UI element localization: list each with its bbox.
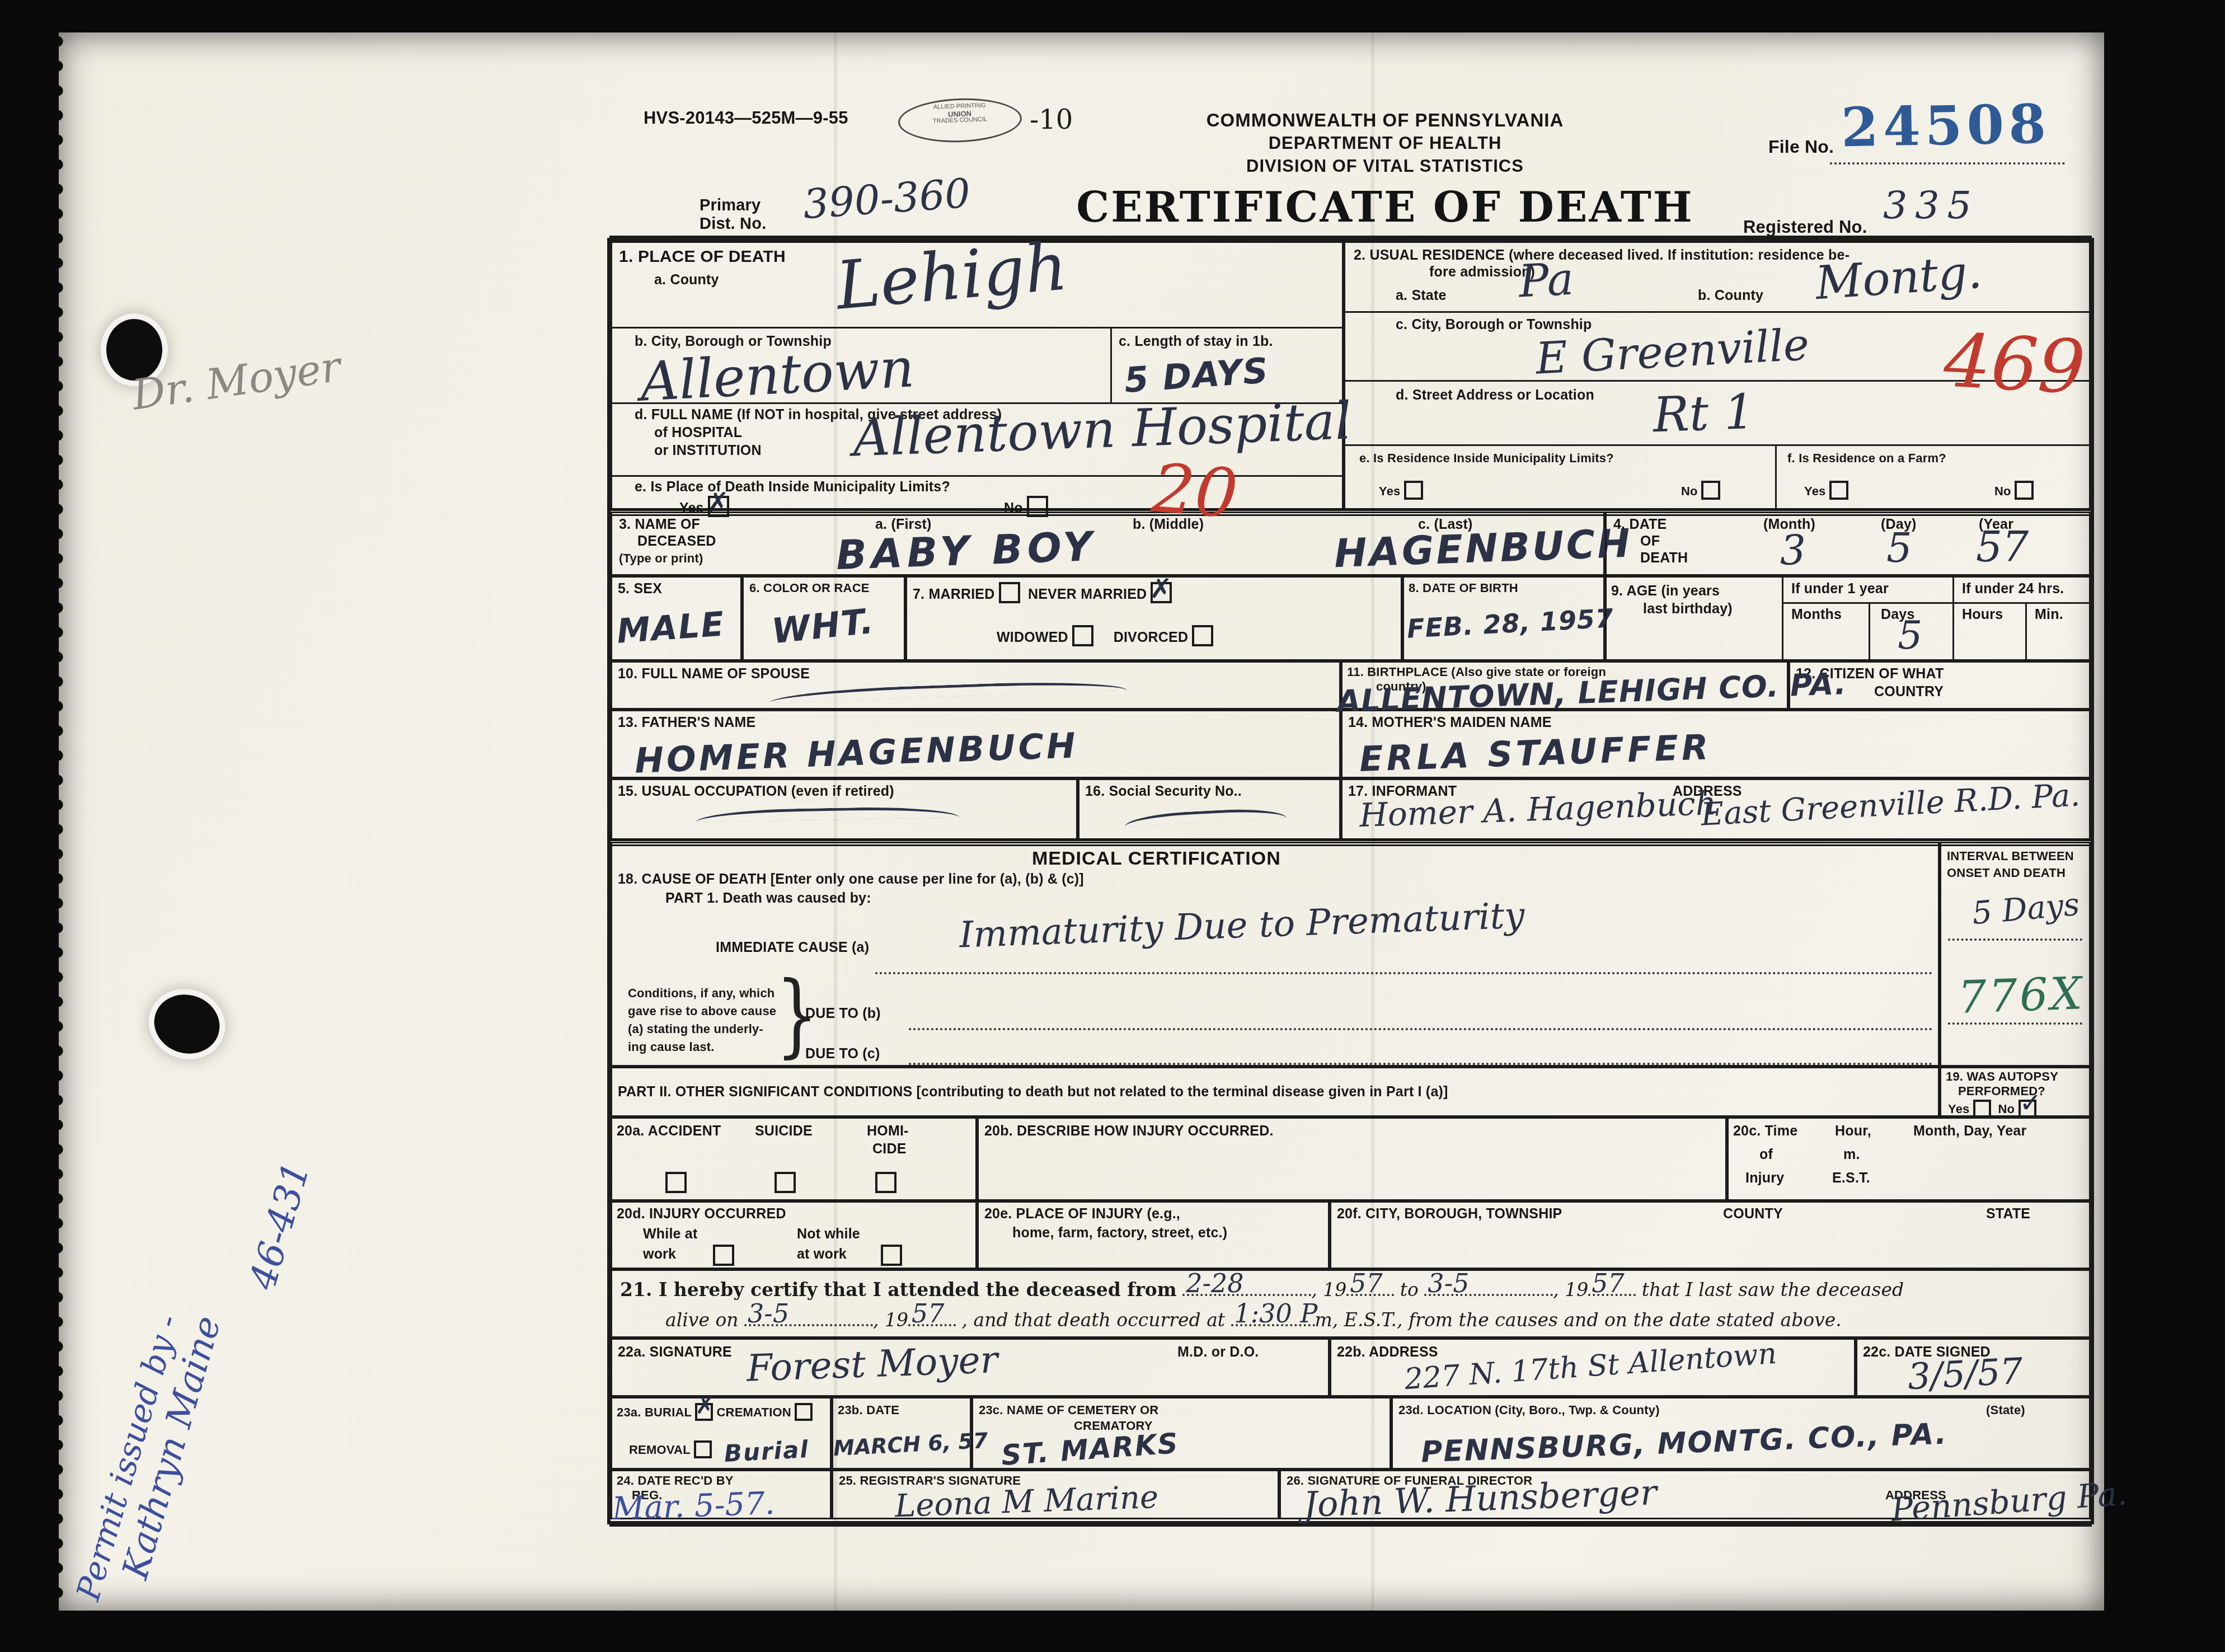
s2c-label: c. City, Borough or Township bbox=[1396, 317, 1592, 333]
field-25-registrar-signature: 25. REGISTRAR'S SIGNATURE Leona M Marine bbox=[832, 1470, 1279, 1519]
s24-value: Mar. 5-57. bbox=[612, 1485, 776, 1527]
org-line3: DIVISION OF VITAL STATISTICS bbox=[1128, 156, 1642, 176]
s23d-state-label: (State) bbox=[1986, 1403, 2025, 1417]
union-label-seal-icon: ALLIED PRINTING UNION TRADES COUNCIL bbox=[898, 96, 1023, 144]
divider bbox=[1869, 602, 1870, 659]
due-c-line bbox=[909, 1063, 1933, 1065]
s15-label: 15. USUAL OCCUPATION (even if retired) bbox=[618, 783, 894, 800]
s21-blank7: 1:30 P bbox=[1231, 1320, 1315, 1326]
s16-label: 16. Social Security No.. bbox=[1085, 783, 1242, 800]
due-b-line bbox=[909, 1028, 1933, 1030]
file-no-label: File No. bbox=[1768, 137, 1834, 157]
s20f-state: STATE bbox=[1986, 1206, 2030, 1222]
s20c-hour: Hour, bbox=[1835, 1123, 1871, 1139]
primary-dist-value: 390-360 bbox=[801, 170, 971, 228]
s1c-value: 5 DAYS bbox=[1123, 350, 1270, 401]
s9-months-label: Months bbox=[1791, 607, 1842, 623]
s8-label: 8. DATE OF BIRTH bbox=[1409, 581, 1518, 595]
s3c-value: HAGENBUCH bbox=[1334, 520, 1633, 577]
permit-note-line2: Kathryn Maine bbox=[115, 797, 377, 1584]
s23d-value: PENNSBURG, MONTG. CO., PA. bbox=[1420, 1418, 1948, 1470]
s21-blank5: 3-5 bbox=[744, 1320, 873, 1326]
married-checkbox bbox=[999, 582, 1020, 603]
punch-hole bbox=[147, 986, 227, 1062]
s4-year-value: 57 bbox=[1976, 523, 2029, 571]
s12-label2: COUNTRY bbox=[1874, 684, 1944, 700]
s3-title3: (Type or print) bbox=[619, 551, 703, 565]
s23a-number: 23a. bbox=[617, 1405, 641, 1419]
field-21-certification-statement: 21. I hereby certify that I attended the… bbox=[611, 1269, 2091, 1338]
divider bbox=[1782, 602, 1952, 604]
s21-blank3: 3-5 bbox=[1424, 1289, 1553, 1296]
field-7-marital-status: 7. MARRIED NEVER MARRIED ✗ WIDOWED DIVOR… bbox=[905, 576, 1402, 661]
s2b-label: b. County bbox=[1698, 288, 1763, 304]
s23c-label1: 23c. NAME OF CEMETERY OR bbox=[979, 1403, 1158, 1417]
field-2-usual-residence: 2. USUAL RESIDENCE (where deceased lived… bbox=[1344, 241, 2091, 510]
yes-label: Yes bbox=[1948, 1102, 1970, 1116]
s2e-label: e. Is Residence Inside Municipality Limi… bbox=[1359, 451, 1614, 465]
field-22c-date-signed: 22c. DATE SIGNED 3/5/57 bbox=[1856, 1338, 2091, 1397]
s23d-label: 23d. LOCATION (City, Boro., Twp. & Count… bbox=[1398, 1403, 1660, 1417]
check-mark: ✓ bbox=[2020, 1087, 2042, 1119]
s20a-word2: SUICIDE bbox=[755, 1123, 813, 1139]
immediate-cause-line bbox=[875, 972, 1933, 974]
s21-p4: , 19 bbox=[1553, 1279, 1588, 1301]
field-3-name-of-deceased: 3. NAME OF DECEASED (Type or print) a. (… bbox=[611, 511, 1605, 576]
field-interval-onset-death: INTERVAL BETWEEN ONSET AND DEATH 5 Days … bbox=[1940, 842, 2091, 1067]
removal-label: REMOVAL bbox=[629, 1443, 690, 1457]
interval-line bbox=[1948, 938, 2082, 941]
s1-title: 1. PLACE OF DEATH bbox=[619, 247, 786, 267]
field-24-date-received: 24. DATE REC'D BY REG. Mar. 5-57. bbox=[611, 1470, 832, 1519]
s24-label1: 24. DATE REC'D BY bbox=[617, 1473, 734, 1487]
field-18-cause-of-death: MEDICAL CERTIFICATION 18. CAUSE OF DEATH… bbox=[611, 842, 1940, 1067]
s20d-not1: Not while bbox=[797, 1226, 860, 1242]
s21-p9: m, E.S.T., from the causes and on the da… bbox=[1315, 1309, 1842, 1331]
s19-options: Yes No ✓ bbox=[1948, 1100, 2036, 1118]
file-no-value: 24508 bbox=[1841, 92, 2051, 159]
s23b-label: 23b. DATE bbox=[838, 1403, 899, 1417]
s2a-label: a. State bbox=[1396, 288, 1447, 304]
s23b-value: MARCH 6, 57 bbox=[833, 1428, 988, 1461]
s1e-label: e. Is Place of Death Inside Municipality… bbox=[635, 479, 950, 495]
s20d-while1: While at bbox=[643, 1226, 697, 1242]
field-11-birthplace: 11. BIRTHPLACE (Also give state or forei… bbox=[1341, 661, 1789, 710]
field-17-informant: 17. INFORMANT ADDRESS Homer A. Hagenbuch… bbox=[1341, 778, 2091, 840]
file-no-line bbox=[1830, 162, 2065, 165]
field-20e-place-of-injury: 20e. PLACE OF INJURY (e.g., home, farm, … bbox=[977, 1201, 1330, 1269]
s18-cond4: ing cause last. bbox=[628, 1040, 715, 1054]
s18-part1: PART 1. Death was caused by: bbox=[665, 890, 871, 907]
divorced-label: DIVORCED bbox=[1114, 630, 1189, 645]
s9-label2: last birthday) bbox=[1643, 601, 1733, 617]
s18-due-b-label: DUE TO (b) bbox=[805, 1006, 881, 1022]
s22a-md-label: M.D. or D.O. bbox=[1177, 1344, 1259, 1360]
s2d-value: Rt 1 bbox=[1652, 384, 1755, 443]
field-6-color-or-race: 6. COLOR OR RACE WHT. bbox=[742, 576, 905, 661]
s7-line1: 7. MARRIED NEVER MARRIED ✗ bbox=[913, 582, 1172, 603]
s9-under24-label: If under 24 hrs. bbox=[1962, 581, 2064, 597]
scanned-document-background: Dr. Moyer Permit issued by - Kathryn Mai… bbox=[0, 0, 2225, 1652]
s20c-of: of bbox=[1759, 1147, 1773, 1163]
s22b-label: 22b. ADDRESS bbox=[1337, 1344, 1438, 1360]
s22b-value: 227 N. 17th St Allentown bbox=[1403, 1337, 1778, 1396]
s18-cond2: gave rise to above cause bbox=[628, 1004, 776, 1018]
s21-blank1: 2-28 bbox=[1182, 1289, 1311, 1296]
s21-p6: alive on bbox=[665, 1309, 739, 1331]
no-checkbox bbox=[2015, 481, 2034, 500]
yes-label: Yes bbox=[1804, 484, 1826, 498]
burial-label: BURIAL bbox=[645, 1405, 692, 1419]
field-20b-how-injury-occurred: 20b. DESCRIBE HOW INJURY OCCURRED. bbox=[977, 1117, 1727, 1201]
s8-value: FEB. 28, 1957 bbox=[1406, 603, 1614, 644]
primary-label-line1: Primary bbox=[700, 196, 761, 214]
s20a-word1: 20a. ACCIDENT bbox=[617, 1123, 721, 1139]
field-23c-cemetery: 23c. NAME OF CEMETERY OR CREMATORY ST. M… bbox=[971, 1397, 1391, 1470]
s21-p2: , 19 bbox=[1311, 1279, 1346, 1301]
code-line bbox=[1948, 1022, 2082, 1025]
s18-label: 18. CAUSE OF DEATH [Enter only one cause… bbox=[618, 871, 1084, 888]
field-22a-signature: 22a. SIGNATURE Forest Moyer M.D. or D.O. bbox=[611, 1338, 1330, 1397]
never-married-label: NEVER MARRIED bbox=[1028, 586, 1147, 602]
s18-immediate-value: Immaturity Due to Prematurity bbox=[959, 895, 1525, 956]
org-line2: DEPARTMENT OF HEALTH bbox=[1128, 133, 1642, 153]
field-15-occupation: 15. USUAL OCCUPATION (even if retired) bbox=[611, 778, 1078, 840]
primary-dist-label: Primary Dist. No. bbox=[700, 196, 766, 234]
pen-dash bbox=[769, 679, 1127, 703]
field-23b-date: 23b. DATE MARCH 6, 57 bbox=[832, 1397, 971, 1470]
s20e-label1: 20e. PLACE OF INJURY (e.g., bbox=[984, 1206, 1180, 1222]
s22c-value: 3/5/57 bbox=[1907, 1351, 2024, 1398]
field-20f-city-county-state: 20f. CITY, BOROUGH, TOWNSHIP COUNTY STAT… bbox=[1330, 1201, 2091, 1269]
s2d-label: d. Street Address or Location bbox=[1396, 387, 1594, 403]
x-mark: ✗ bbox=[695, 1392, 715, 1419]
s20c-est: E.S.T. bbox=[1832, 1170, 1870, 1186]
s9-label1: 9. AGE (in years bbox=[1611, 583, 1720, 599]
s1d-label3: or INSTITUTION bbox=[654, 443, 762, 459]
no-checkbox bbox=[1701, 481, 1720, 500]
s20f-label: 20f. CITY, BOROUGH, TOWNSHIP bbox=[1337, 1206, 1562, 1222]
never-married-checkbox-checked: ✗ bbox=[1151, 582, 1172, 603]
widowed-label: WIDOWED bbox=[997, 630, 1068, 645]
x-mark: ✗ bbox=[1149, 573, 1172, 604]
s2c-red-code: 469 bbox=[1942, 318, 2087, 411]
s4-title2: OF bbox=[1640, 533, 1660, 550]
s20a-word4: CIDE bbox=[872, 1141, 907, 1157]
field-1-place-of-death: 1. PLACE OF DEATH a. County Lehigh b. Ci… bbox=[611, 241, 1344, 510]
primary-label-line2: Dist. No. bbox=[700, 215, 766, 233]
s9-days-value: 5 bbox=[1898, 612, 1923, 658]
registered-no-label: Registered No. bbox=[1743, 217, 1867, 237]
field-26-funeral-director: 26. SIGNATURE OF FUNERAL DIRECTOR ADDRES… bbox=[1279, 1470, 2091, 1519]
s21-v4: 57 bbox=[1592, 1268, 1625, 1298]
field-14-mothers-maiden-name: 14. MOTHER'S MAIDEN NAME ERLA STAUFFER bbox=[1341, 710, 2091, 778]
s23a-line2: REMOVAL bbox=[629, 1440, 712, 1458]
no-checkbox-checked: ✓ bbox=[2019, 1100, 2036, 1118]
yes-checkbox bbox=[1829, 481, 1848, 500]
s2f-no: No bbox=[1994, 481, 2034, 500]
removal-checkbox bbox=[694, 1440, 712, 1458]
field-23d-location: 23d. LOCATION (City, Boro., Twp. & Count… bbox=[1391, 1397, 2091, 1470]
s21-v7: 1:30 P bbox=[1234, 1298, 1318, 1329]
s22a-label: 22a. SIGNATURE bbox=[618, 1344, 732, 1360]
s9-min-label: Min. bbox=[2035, 607, 2063, 623]
s18-immediate-label: IMMEDIATE CAUSE (a) bbox=[716, 940, 869, 956]
homicide-checkbox bbox=[875, 1172, 896, 1193]
s21-p3: to bbox=[1400, 1279, 1419, 1301]
certificate-title: CERTIFICATE OF DEATH bbox=[1060, 184, 1710, 232]
s2e-no: No bbox=[1681, 481, 1720, 500]
no-label: No bbox=[1998, 1102, 2015, 1116]
s6-label: 6. COLOR OR RACE bbox=[749, 581, 870, 595]
certificate-paper: Dr. Moyer Permit issued by - Kathryn Mai… bbox=[59, 32, 2104, 1611]
s6-value: WHT. bbox=[770, 600, 876, 652]
s17-address-value: East Greenville R.D. Pa. bbox=[1700, 777, 2081, 833]
field-13-fathers-name: 13. FATHER'S NAME HOMER HAGENBUCH bbox=[611, 710, 1341, 778]
yes-checkbox bbox=[1404, 481, 1423, 500]
divider bbox=[1345, 311, 2089, 313]
s23c-value: ST. MARKS bbox=[1000, 1427, 1180, 1472]
field-19-autopsy: 19. WAS AUTOPSY PERFORMED? Yes No ✓ bbox=[1940, 1067, 2091, 1117]
s26-address-value: Pennsburg Pa. bbox=[1890, 1474, 2128, 1528]
divorced-checkbox bbox=[1192, 625, 1213, 646]
s21-p5: that I last saw the deceased bbox=[1642, 1279, 1904, 1301]
married-label: MARRIED bbox=[928, 586, 994, 602]
s1c-label: c. Length of stay in 1b. bbox=[1119, 334, 1273, 350]
divider bbox=[1345, 444, 2089, 446]
s21-blank4: 57 bbox=[1588, 1289, 1636, 1296]
s1a-label: a. County bbox=[654, 272, 719, 288]
s3-title1: 3. NAME OF bbox=[619, 517, 700, 533]
suicide-checkbox bbox=[774, 1172, 796, 1193]
s21-v6: 57 bbox=[912, 1298, 945, 1329]
part2-label: PART II. OTHER SIGNIFICANT CONDITIONS [c… bbox=[618, 1084, 1448, 1100]
divider bbox=[1952, 578, 1954, 659]
org-line1: COMMONWEALTH OF PENNSYLVANIA bbox=[1128, 110, 1642, 131]
s20d-label: 20d. INJURY OCCURRED bbox=[617, 1206, 786, 1222]
pen-dash bbox=[696, 806, 959, 822]
yes-label: Yes bbox=[1379, 484, 1401, 498]
s23a-line1: 23a. BURIAL ✗ CREMATION bbox=[617, 1403, 813, 1421]
margin-permit-note: Permit issued by - Kathryn Maine 46-431 bbox=[69, 787, 418, 1627]
s9-under1-label: If under 1 year bbox=[1791, 581, 1889, 597]
form-code: HVS-20143—525M—9-55 bbox=[644, 108, 848, 128]
s2b-value: Montg. bbox=[1814, 246, 1984, 311]
s2a-value: Pa bbox=[1518, 253, 1575, 308]
s21-line1: 21. I hereby certify that I attended the… bbox=[620, 1279, 1904, 1301]
while-at-work-checkbox bbox=[713, 1245, 734, 1266]
s5-label: 5. SEX bbox=[618, 581, 662, 597]
field-16-social-security: 16. Social Security No.. bbox=[1078, 778, 1341, 840]
field-10-spouse: 10. FULL NAME OF SPOUSE bbox=[611, 661, 1341, 710]
s18-cond3: (a) stating the underly- bbox=[628, 1022, 763, 1036]
s1e-red-code: 20 bbox=[1149, 450, 1240, 533]
interval-value: 5 Days bbox=[1971, 886, 2081, 932]
s4-title1: 4. DATE bbox=[1613, 517, 1667, 533]
registered-no-value: 335 bbox=[1883, 184, 1979, 228]
s23a-hw-value: Burial bbox=[724, 1435, 810, 1467]
s4-month-value: 3 bbox=[1780, 527, 1806, 574]
accident-checkbox bbox=[665, 1172, 687, 1193]
medical-certification-title: MEDICAL CERTIFICATION bbox=[1032, 848, 1281, 870]
s20c-mdy: Month, Day, Year bbox=[1913, 1123, 2026, 1139]
s21-v5: 3-5 bbox=[748, 1298, 789, 1329]
s7-number: 7. bbox=[913, 586, 924, 602]
s13-label: 13. FATHER'S NAME bbox=[618, 715, 755, 731]
s22a-signature-value: Forest Moyer bbox=[746, 1338, 999, 1390]
divider bbox=[2025, 602, 2027, 659]
pen-dash bbox=[1124, 806, 1287, 827]
s21-blank6: 57 bbox=[908, 1320, 956, 1326]
s20f-county: COUNTY bbox=[1723, 1206, 1783, 1222]
s10-label: 10. FULL NAME OF SPOUSE bbox=[618, 666, 810, 682]
s20e-label2: home, farm, factory, street, etc.) bbox=[1012, 1225, 1227, 1241]
no-label: No bbox=[1681, 484, 1698, 498]
s4-day-value: 5 bbox=[1886, 524, 1912, 571]
divider bbox=[1775, 444, 1777, 509]
s21-blank2: 57 bbox=[1346, 1289, 1394, 1296]
s2f-label: f. Is Residence on a Farm? bbox=[1787, 451, 1946, 465]
cremation-label: CREMATION bbox=[716, 1405, 791, 1419]
burial-checkbox-checked: ✗ bbox=[695, 1403, 713, 1421]
s19-label1: 19. WAS AUTOPSY bbox=[1946, 1069, 2058, 1083]
s4-title3: DEATH bbox=[1640, 550, 1688, 566]
s18-due-c-label: DUE TO (c) bbox=[805, 1046, 880, 1062]
s3a-value: BABY BOY bbox=[835, 523, 1097, 579]
s2f-yes: Yes bbox=[1804, 481, 1848, 500]
not-while-at-work-checkbox bbox=[881, 1245, 902, 1266]
field-23a-burial-cremation-removal: 23a. BURIAL ✗ CREMATION REMOVAL Burial bbox=[611, 1397, 832, 1470]
s20c-m: m. bbox=[1843, 1147, 1860, 1163]
s2e-yes: Yes bbox=[1379, 481, 1423, 500]
s20b-label: 20b. DESCRIBE HOW INJURY OCCURRED. bbox=[984, 1123, 1274, 1139]
s9-hours-label: Hours bbox=[1962, 607, 2003, 623]
field-5-sex: 5. SEX MALE bbox=[611, 576, 742, 661]
s20c-injury: Injury bbox=[1745, 1170, 1784, 1186]
cremation-checkbox bbox=[795, 1403, 813, 1421]
s5-value: MALE bbox=[616, 604, 726, 651]
s21-v2: 57 bbox=[1350, 1268, 1383, 1298]
s20d-while2: work bbox=[643, 1246, 676, 1263]
field-20d-injury-occurred: 20d. INJURY OCCURRED While at work Not w… bbox=[611, 1201, 977, 1269]
seal-suffix: -10 bbox=[1030, 104, 1073, 135]
yes-checkbox bbox=[1973, 1100, 1991, 1118]
interval-label1: INTERVAL BETWEEN bbox=[1947, 849, 2074, 863]
interval-label2: ONSET AND DEATH bbox=[1947, 866, 2066, 880]
divider bbox=[1110, 327, 1112, 402]
s13-value: HOMER HAGENBUCH bbox=[634, 725, 1079, 781]
divider bbox=[612, 327, 1342, 328]
s21-line2: alive on 3-5, 1957 , and that death occu… bbox=[665, 1309, 1842, 1331]
s21-p1: 21. I hereby certify that I attended the… bbox=[620, 1279, 1177, 1301]
field-9-age: 9. AGE (in years last birthday) If under… bbox=[1605, 576, 2091, 661]
s21-v3: 3-5 bbox=[1428, 1268, 1469, 1298]
no-label: No bbox=[1994, 484, 2011, 498]
death-certificate-form: 1. PLACE OF DEATH a. County Lehigh b. Ci… bbox=[607, 238, 2094, 1524]
s1d-label2: of HOSPITAL bbox=[654, 425, 742, 441]
s21-v1: 2-28 bbox=[1186, 1268, 1243, 1298]
s18-cond1: Conditions, if any, which bbox=[628, 986, 774, 1000]
widowed-checkbox bbox=[1072, 625, 1093, 646]
s21-p8: , and that death occurred at bbox=[962, 1309, 1226, 1331]
s20d-not2: at work bbox=[797, 1246, 847, 1263]
field-4-date-of-death: 4. DATE OF DEATH (Month) (Day) (Year 3 5… bbox=[1605, 511, 2091, 576]
s7-line2: WIDOWED DIVORCED bbox=[997, 625, 1213, 646]
s1a-value: Lehigh bbox=[833, 227, 1071, 325]
s20a-word3: HOMI- bbox=[867, 1123, 909, 1139]
s14-value: ERLA STAUFFER bbox=[1359, 726, 1712, 780]
s21-p7: , 19 bbox=[873, 1309, 908, 1331]
field-22b-address: 22b. ADDRESS 227 N. 17th St Allentown bbox=[1330, 1338, 1856, 1397]
field-20c-time-of-injury: 20c. Time Hour, Month, Day, Year of m. I… bbox=[1727, 1117, 2091, 1201]
code-776x-value: 776X bbox=[1957, 967, 2085, 1024]
s20c-time: 20c. Time bbox=[1733, 1123, 1797, 1139]
s3-title2: DECEASED bbox=[637, 533, 716, 550]
divider bbox=[1952, 602, 2089, 604]
field-8-date-of-birth: 8. DATE OF BIRTH FEB. 28, 1957 bbox=[1402, 576, 1605, 661]
field-20a-accident-suicide-homicide: 20a. ACCIDENT SUICIDE HOMI- CIDE bbox=[611, 1117, 977, 1201]
divider bbox=[1782, 578, 1783, 659]
s2-title1: 2. USUAL RESIDENCE (where deceased lived… bbox=[1354, 247, 1850, 264]
field-part2-other-conditions: PART II. OTHER SIGNIFICANT CONDITIONS [c… bbox=[611, 1067, 1940, 1117]
torn-edge bbox=[57, 32, 70, 1611]
